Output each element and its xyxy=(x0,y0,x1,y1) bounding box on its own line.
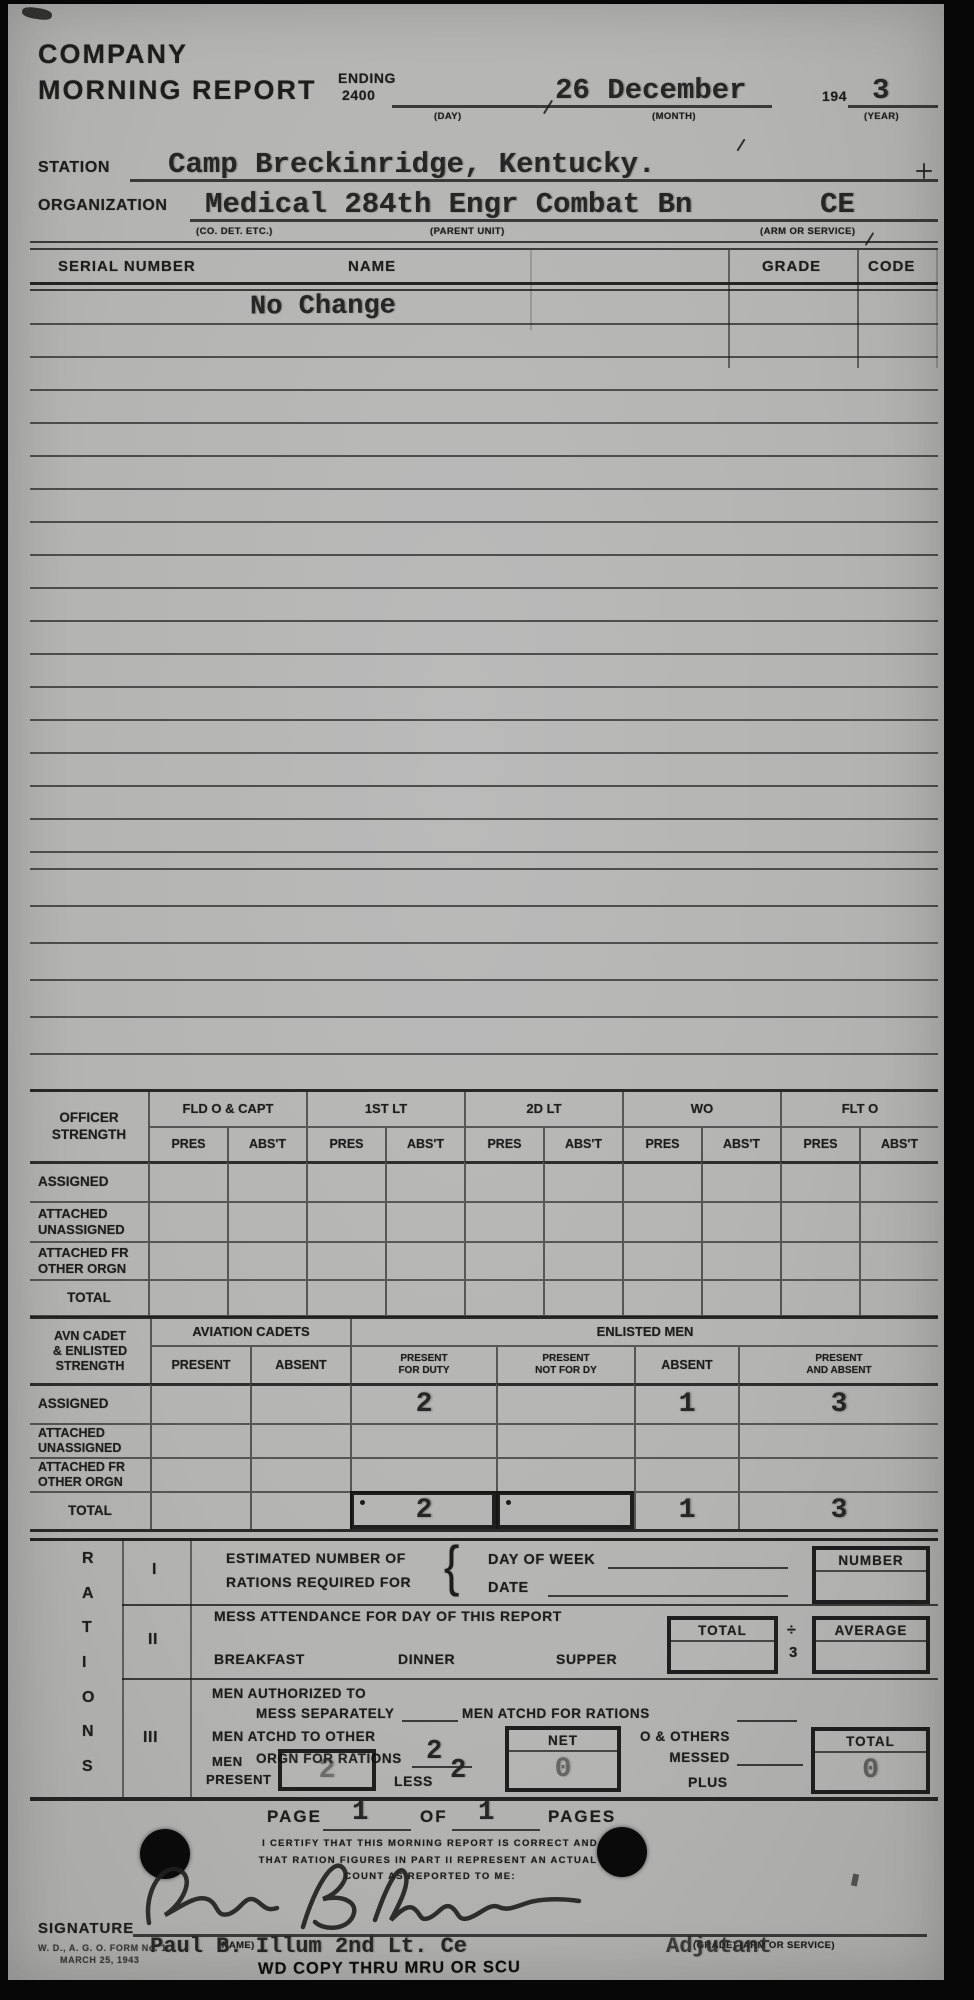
officer-subcol-abst: ABS'T xyxy=(385,1128,464,1161)
empty-cell xyxy=(634,1423,738,1457)
rations1-line2: RATIONS REQUIRED FOR xyxy=(226,1574,411,1592)
rations-numeral-1: I xyxy=(152,1560,157,1580)
empty-cell xyxy=(780,1201,859,1241)
empty-cell xyxy=(859,1161,938,1201)
enlisted-col-present-not-for-duty: PRESENT NOT FOR DY xyxy=(496,1347,634,1383)
roster-blank-line xyxy=(30,455,938,457)
officer-group-flt-o: FLT O xyxy=(780,1092,938,1128)
enlisted-row-attached: ATTACHED UNASSIGNED xyxy=(30,1423,150,1457)
officer-subcol-pres: PRES xyxy=(780,1128,859,1161)
empty-cell xyxy=(350,1423,496,1457)
rations-vertical-label: R A T I O N S xyxy=(82,1549,95,1777)
day-of-week-label: DAY OF WEEK xyxy=(488,1551,595,1569)
roster-blank-line xyxy=(30,323,938,325)
officer-subcol-pres: PRES xyxy=(148,1128,227,1161)
year-underline xyxy=(848,105,938,108)
men-present-value: 2 xyxy=(319,1755,336,1786)
officer-row-assigned: ASSIGNED xyxy=(30,1161,148,1201)
net-box: NET 0 xyxy=(505,1726,621,1792)
enlisted-row-attached-fr: ATTACHED FR OTHER ORGN xyxy=(30,1457,150,1491)
empty-cell xyxy=(150,1423,250,1457)
empty-cell xyxy=(701,1201,780,1241)
of-label: OF xyxy=(420,1806,448,1827)
divide-sign: ÷ xyxy=(787,1621,796,1641)
roster-blank-line xyxy=(30,979,938,981)
date-field-value: 26 December xyxy=(555,76,746,105)
number-box: NUMBER xyxy=(812,1546,930,1604)
empty-cell xyxy=(350,1457,496,1491)
empty-cell xyxy=(780,1161,859,1201)
roster-blank-line xyxy=(30,752,938,754)
officer-group-1st-lt: 1ST LT xyxy=(306,1092,464,1128)
date-label: DATE xyxy=(488,1579,529,1597)
less-label: LESS xyxy=(394,1773,433,1791)
empty-cell xyxy=(496,1457,634,1491)
signature-label: SIGNATURE xyxy=(38,1920,134,1939)
officer-row-attached: ATTACHED UNASSIGNED xyxy=(30,1201,148,1241)
empty-cell xyxy=(250,1457,350,1491)
empty-cell xyxy=(543,1161,622,1201)
empty-cell xyxy=(701,1279,780,1315)
mess-total-label: TOTAL xyxy=(671,1620,774,1642)
group-aviation-cadets: AVIATION CADETS xyxy=(150,1319,350,1347)
roster-blank-line xyxy=(30,686,938,688)
mess-total-box: TOTAL xyxy=(667,1616,778,1674)
roster-blank-line xyxy=(30,905,938,907)
officer-subcol-pres: PRES xyxy=(622,1128,701,1161)
messed-underline xyxy=(737,1764,803,1766)
roster-col-serial: SERIAL NUMBER xyxy=(58,258,196,277)
empty-cell xyxy=(250,1383,350,1423)
roster-col-code: CODE xyxy=(868,258,915,277)
officer-subcol-abst: ABS'T xyxy=(227,1128,306,1161)
empty-cell xyxy=(306,1161,385,1201)
empty-cell xyxy=(859,1241,938,1279)
total-absent: 1 xyxy=(634,1491,738,1529)
empty-cell xyxy=(227,1241,306,1279)
ending-label: ENDING xyxy=(338,70,396,88)
roster-col-name: NAME xyxy=(348,258,396,277)
roster-divider-name-grade xyxy=(728,250,730,368)
pen-mark xyxy=(506,1500,511,1505)
empty-cell xyxy=(859,1279,938,1315)
empty-cell xyxy=(385,1279,464,1315)
total-present-not-for-duty xyxy=(496,1491,634,1529)
empty-cell xyxy=(306,1201,385,1241)
roster-blank-line xyxy=(30,422,938,424)
organization-label: ORGANIZATION xyxy=(38,196,168,216)
officer-subcol-abst: ABS'T xyxy=(701,1128,780,1161)
empty-cell xyxy=(622,1279,701,1315)
roster-header-rule-light xyxy=(30,289,938,291)
pages-label: PAGES xyxy=(548,1806,616,1827)
rations-divider-letters xyxy=(122,1538,124,1797)
empty-cell xyxy=(738,1423,938,1457)
arm-service-value: CE xyxy=(820,190,855,219)
paper-sheet xyxy=(8,4,944,1980)
officer-group-wo: WO xyxy=(622,1092,780,1128)
net-box-label: NET xyxy=(509,1730,617,1752)
officer-subcol-abst: ABS'T xyxy=(859,1128,938,1161)
men-present-box: 2 xyxy=(278,1749,376,1791)
assigned-present-for-duty: 2 xyxy=(350,1383,496,1423)
empty-cell xyxy=(150,1491,250,1529)
roster-blank-line xyxy=(30,587,938,589)
typed-title: Adjutant xyxy=(666,1936,772,1958)
rations-top-rule xyxy=(30,1538,938,1541)
less-value: 2 xyxy=(450,1758,466,1785)
roster-blank-line xyxy=(30,719,938,721)
rations1-line1: ESTIMATED NUMBER OF xyxy=(226,1550,406,1568)
empty-cell xyxy=(148,1279,227,1315)
men-present-line1: MEN xyxy=(212,1754,243,1770)
roster-entry-no-change: No Change xyxy=(250,293,396,321)
scanned-morning-report: COMPANY MORNING REPORT ENDING 2400 26 De… xyxy=(0,0,974,2000)
empty-cell xyxy=(780,1241,859,1279)
org-sublabel-arm: (ARM OR SERVICE) xyxy=(760,226,855,238)
empty-cell xyxy=(738,1457,938,1491)
empty-cell xyxy=(250,1423,350,1457)
empty-cell xyxy=(150,1457,250,1491)
number-box-value xyxy=(816,1572,926,1606)
roster-blank-line xyxy=(30,554,938,556)
rations-numeral-3: III xyxy=(143,1728,158,1748)
cadet-col-present: PRESENT xyxy=(150,1347,250,1383)
enlisted-row-total: TOTAL xyxy=(30,1491,150,1529)
atchd-other-value: 2 xyxy=(426,1739,442,1766)
empty-cell xyxy=(250,1491,350,1529)
roster-blank-line xyxy=(30,942,938,944)
rations-total-value: 0 xyxy=(862,1755,879,1786)
officer-strength-table: OFFICER STRENGTH FLD O & CAPT 1ST LT 2D … xyxy=(30,1089,938,1317)
empty-cell xyxy=(543,1201,622,1241)
enlisted-col-absent: ABSENT xyxy=(634,1347,738,1383)
empty-cell xyxy=(701,1241,780,1279)
men-atchd-underline xyxy=(737,1720,797,1722)
average-box-value xyxy=(816,1642,926,1676)
empty-cell xyxy=(227,1201,306,1241)
empty-cell xyxy=(464,1241,543,1279)
empty-cell xyxy=(148,1241,227,1279)
roster-blank-line xyxy=(30,1016,938,1018)
rations-divider-numerals xyxy=(190,1538,192,1797)
org-sublabel-parent: (PARENT UNIT) xyxy=(430,226,505,238)
organization-value: Medical 284th Engr Combat Bn xyxy=(205,190,692,219)
roster-blank-line xyxy=(30,785,938,787)
empty-cell xyxy=(385,1241,464,1279)
empty-cell xyxy=(148,1161,227,1201)
atchd-other-line1: MEN ATCHD TO OTHER xyxy=(212,1729,376,1746)
empty-cell xyxy=(464,1201,543,1241)
supper-label: SUPPER xyxy=(556,1651,617,1669)
roster-blank-line xyxy=(30,851,938,853)
breakfast-label: BREAKFAST xyxy=(214,1651,305,1669)
officer-group-2d-lt: 2D LT xyxy=(464,1092,622,1128)
roster-blank-line xyxy=(30,488,938,490)
year-sublabel: (YEAR) xyxy=(864,111,899,123)
average-box-label: AVERAGE xyxy=(816,1620,926,1642)
station-value: Camp Breckinridge, Kentucky. xyxy=(168,150,655,179)
pen-mark xyxy=(360,1500,365,1505)
date-underline-rations xyxy=(548,1595,788,1597)
roster-blank-line xyxy=(30,868,938,870)
day-sublabel: (DAY) xyxy=(434,111,462,123)
empty-cell xyxy=(227,1161,306,1201)
empty-cell xyxy=(150,1383,250,1423)
officer-subcol-pres: PRES xyxy=(306,1128,385,1161)
form-title-line2: MORNING REPORT xyxy=(38,74,317,108)
roster-top-rule2 xyxy=(30,248,938,250)
total-present-and-absent: 3 xyxy=(738,1491,938,1529)
roster-col-grade: GRADE xyxy=(762,258,821,277)
empty-cell xyxy=(622,1201,701,1241)
empty-cell xyxy=(780,1279,859,1315)
roster-blank-line xyxy=(30,620,938,622)
mess-separately-underline xyxy=(402,1720,458,1722)
brace-glyph: { xyxy=(444,1532,460,1601)
empty-cell xyxy=(622,1161,701,1201)
assigned-absent: 1 xyxy=(634,1383,738,1423)
group-enlisted-men: ENLISTED MEN xyxy=(350,1319,938,1347)
roster-blank-line xyxy=(30,356,938,358)
org-sublabel-co: (CO. DET. ETC.) xyxy=(196,226,273,238)
empty-cell xyxy=(306,1241,385,1279)
empty-cell xyxy=(385,1201,464,1241)
officer-strength-title: OFFICER STRENGTH xyxy=(30,1092,148,1161)
empty-cell xyxy=(385,1161,464,1201)
men-authorized-line2: MESS SEPARATELY xyxy=(256,1706,395,1723)
mess-attendance-title: MESS ATTENDANCE FOR DAY OF THIS REPORT xyxy=(214,1608,562,1626)
men-atchd-for-rations-label: MEN ATCHD FOR RATIONS xyxy=(462,1706,650,1723)
station-label: STATION xyxy=(38,158,110,178)
roster-blank-line xyxy=(30,818,938,820)
men-authorized-line1: MEN AUTHORIZED TO xyxy=(212,1686,366,1703)
officer-row-total: TOTAL xyxy=(30,1279,148,1315)
enlisted-row-assigned: ASSIGNED xyxy=(30,1383,150,1423)
roster-divider-serial-name xyxy=(530,250,532,330)
number-box-label: NUMBER xyxy=(816,1550,926,1572)
rations-total-box: TOTAL 0 xyxy=(811,1727,930,1794)
empty-cell xyxy=(543,1279,622,1315)
empty-cell xyxy=(543,1241,622,1279)
roster-blank-line xyxy=(30,521,938,523)
average-box: AVERAGE xyxy=(812,1616,930,1674)
day-of-week-underline xyxy=(608,1567,788,1569)
roster-right-border xyxy=(936,250,938,368)
form-date: MARCH 25, 1943 xyxy=(60,1955,139,1966)
rations-rule-2-3 xyxy=(122,1678,938,1680)
roster-blank-line xyxy=(30,1053,938,1055)
total-present-for-duty: 2 xyxy=(350,1491,496,1529)
roster-blank-line xyxy=(30,389,938,391)
roster-blank-line xyxy=(30,653,938,655)
men-present-line2: PRESENT xyxy=(206,1772,272,1788)
form-title-line1: COMPANY xyxy=(38,38,188,72)
empty-cell xyxy=(496,1383,634,1423)
officer-subcol-abst: ABS'T xyxy=(543,1128,622,1161)
o-others-line1: O & OTHERS xyxy=(628,1729,730,1746)
empty-cell xyxy=(701,1161,780,1201)
plus-label: PLUS xyxy=(688,1774,728,1792)
roster-header-rule-heavy xyxy=(30,282,938,285)
assigned-present-and-absent: 3 xyxy=(738,1383,938,1423)
empty-cell xyxy=(464,1161,543,1201)
pages-value: 1 xyxy=(478,1800,494,1827)
pen-plus-v xyxy=(923,163,925,179)
enlisted-col-present-for-duty: PRESENT FOR DUTY xyxy=(350,1347,496,1383)
dinner-label: DINNER xyxy=(398,1651,455,1669)
officer-subcol-pres: PRES xyxy=(464,1128,543,1161)
empty-cell xyxy=(622,1241,701,1279)
empty-cell xyxy=(496,1423,634,1457)
roster-divider-grade-code xyxy=(857,250,859,368)
net-box-value: 0 xyxy=(555,1754,572,1785)
typed-name: Paul B. Illum 2nd Lt. Ce xyxy=(150,1936,467,1958)
page-value: 1 xyxy=(352,1800,368,1827)
officer-group-fldo-capt: FLD O & CAPT xyxy=(148,1092,306,1128)
page-underline xyxy=(323,1829,411,1831)
page-label: PAGE xyxy=(267,1806,322,1827)
o-others-line2: MESSED xyxy=(628,1750,730,1767)
form-number: W. D., A. G. O. FORM No. 1 xyxy=(38,1943,167,1954)
empty-cell xyxy=(859,1201,938,1241)
ending-time: 2400 xyxy=(342,87,376,105)
empty-cell xyxy=(464,1279,543,1315)
year-prefix: 194 xyxy=(822,88,847,106)
officer-row-attached-fr: ATTACHED FR OTHER ORGN xyxy=(30,1241,148,1279)
enlisted-strength-title: AVN CADET & ENLISTED STRENGTH xyxy=(30,1319,150,1383)
rations-numeral-2: II xyxy=(148,1630,158,1650)
enlisted-strength-table: AVN CADET & ENLISTED STRENGTH AVIATION C… xyxy=(30,1316,938,1532)
wd-copy-stamp: WD COPY THRU MRU OR SCU xyxy=(258,1957,521,1979)
cadet-col-absent: ABSENT xyxy=(250,1347,350,1383)
rations-total-label: TOTAL xyxy=(815,1731,926,1753)
month-sublabel: (MONTH) xyxy=(652,111,696,123)
mess-total-value xyxy=(671,1642,774,1676)
empty-cell xyxy=(227,1279,306,1315)
roster-top-rule1 xyxy=(30,241,938,243)
enlisted-col-present-and-absent: PRESENT AND ABSENT xyxy=(738,1347,938,1383)
divisor: 3 xyxy=(789,1644,798,1663)
empty-cell xyxy=(148,1201,227,1241)
pages-underline xyxy=(452,1829,540,1831)
empty-cell xyxy=(306,1279,385,1315)
year-field-value: 3 xyxy=(872,76,889,105)
empty-cell xyxy=(634,1457,738,1491)
